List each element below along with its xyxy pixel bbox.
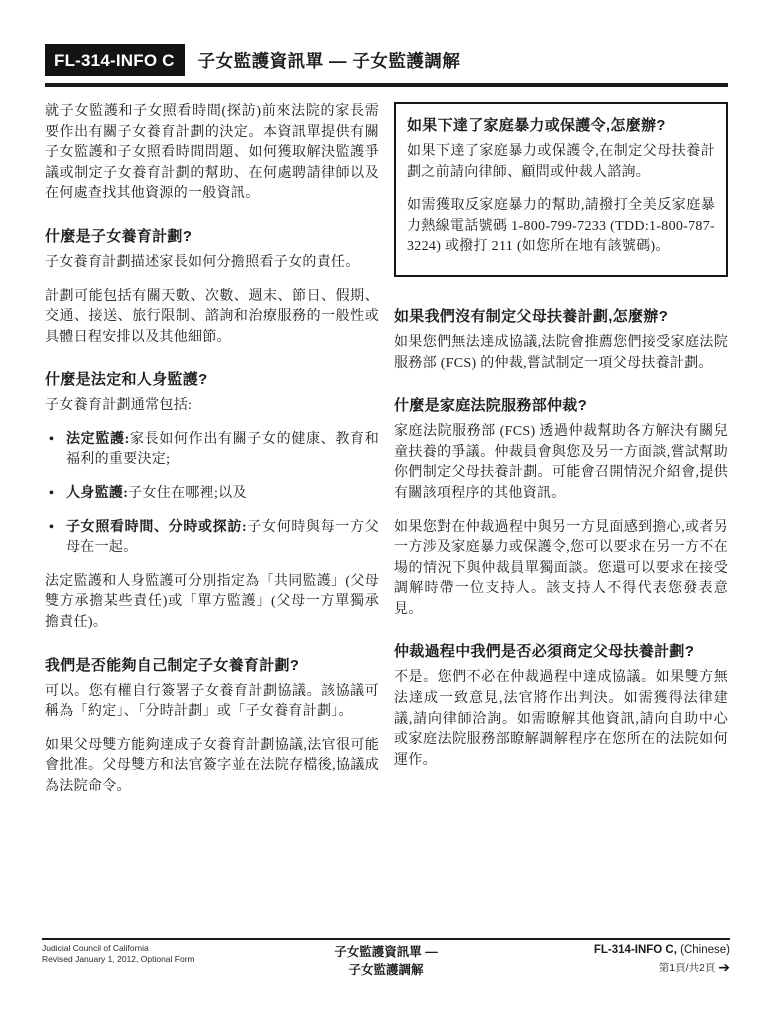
form-footer: Judicial Council of California Revised J… bbox=[42, 938, 730, 979]
bullet-label: 法定監護: bbox=[66, 432, 130, 447]
page-number: 第1頁/共2頁 ➔ bbox=[510, 958, 730, 976]
bullet-icon: • bbox=[49, 484, 54, 505]
form-header: FL-314-INFO C 子女監護資訊單 — 子女監護調解 bbox=[45, 44, 728, 76]
list-item: •子女照看時間、分時或探訪:子女何時與每一方父母在一起。 bbox=[49, 518, 379, 559]
paragraph: 如需獲取反家庭暴力的幫助,請撥打全美反家庭暴力熱線電話號碼 1-800-799-… bbox=[407, 196, 715, 258]
footer-title-line1: 子女監護資訊單 — bbox=[262, 943, 510, 961]
page-number-text: 第1頁/共2頁 bbox=[659, 962, 716, 974]
section-heading-fcs-mediation: 什麼是家庭法院服務部仲裁? bbox=[394, 395, 728, 417]
paragraph: 如果下達了家庭暴力或保護令,在制定父母扶養計劃之前請向律師、顧問或仲裁人諮詢。 bbox=[407, 142, 715, 183]
page-title: 子女監護資訊單 — 子女監護調解 bbox=[198, 48, 461, 73]
footer-agency-info: Judicial Council of California Revised J… bbox=[42, 943, 262, 979]
paragraph: 家庭法院服務部 (FCS) 透過仲裁幫助各方解決有關兒童扶養的爭議。仲裁員會與您… bbox=[394, 422, 728, 504]
paragraph: 計劃可能包括有關天數、次數、週末、節日、假期、交通、接送、旅行限制、諮詢和治療服… bbox=[45, 287, 379, 349]
paragraph: 子女養育計劃通常包括: bbox=[45, 396, 379, 417]
bullet-label: 子女照看時間、分時或探訪: bbox=[66, 520, 247, 535]
custody-types-list: •法定監護:家長如何作出有關子女的健康、教育和福利的重要決定; •人身監護:子女… bbox=[49, 430, 379, 559]
paragraph: 可以。您有權自行簽署子女養育計劃協議。該協議可稱為「約定」、「分時計劃」或「子女… bbox=[45, 682, 379, 723]
section-heading-parenting-plan: 什麼是子女養育計劃? bbox=[45, 226, 379, 248]
paragraph: 如果父母雙方能夠達成子女養育計劃協議,法官很可能會批准。父母雙方和法官簽字並在法… bbox=[45, 736, 379, 798]
form-language: (Chinese) bbox=[677, 944, 730, 956]
footer-form-number: FL-314-INFO C, (Chinese) bbox=[510, 943, 730, 958]
bullet-icon: • bbox=[49, 518, 54, 539]
form-number-badge: FL-314-INFO C bbox=[45, 44, 185, 76]
paragraph: 如果您們無法達成協議,法院會推薦您們接受家庭法院服務部 (FCS) 的仲裁,嘗試… bbox=[394, 333, 728, 374]
bullet-label: 人身監護: bbox=[66, 486, 128, 501]
document-page: FL-314-INFO C 子女監護資訊單 — 子女監護調解 就子女監護和子女照… bbox=[0, 0, 770, 1024]
bullet-text: 子女住在哪裡;以及 bbox=[128, 486, 247, 501]
paragraph: 如果您對在仲裁過程中與另一方見面感到擔心,或者另一方涉及家庭暴力或保護令,您可以… bbox=[394, 518, 728, 621]
footer-title: 子女監護資訊單 — 子女監護調解 bbox=[262, 943, 510, 979]
section-heading-no-plan: 如果我們沒有制定父母扶養計劃,怎麼辦? bbox=[394, 306, 728, 328]
two-column-body: 就子女監護和子女照看時間(探訪)前來法院的家長需要作出有關子女養育計劃的決定。本… bbox=[45, 102, 728, 810]
footer-agency: Judicial Council of California bbox=[42, 943, 262, 954]
box-heading-domestic-violence: 如果下達了家庭暴力或保護令,怎麼辦? bbox=[407, 115, 715, 137]
intro-paragraph: 就子女監護和子女照看時間(探訪)前來法院的家長需要作出有關子女養育計劃的決定。本… bbox=[45, 102, 379, 205]
footer-title-line2: 子女監護調解 bbox=[262, 961, 510, 979]
footer-revision: Revised January 1, 2012, Optional Form bbox=[42, 954, 262, 965]
footer-form-id-block: FL-314-INFO C, (Chinese) 第1頁/共2頁 ➔ bbox=[510, 943, 730, 979]
list-item: •人身監護:子女住在哪裡;以及 bbox=[49, 484, 379, 505]
list-item: •法定監護:家長如何作出有關子女的健康、教育和福利的重要決定; bbox=[49, 430, 379, 471]
left-column: 就子女監護和子女照看時間(探訪)前來法院的家長需要作出有關子女養育計劃的決定。本… bbox=[45, 102, 379, 810]
right-column: 如果下達了家庭暴力或保護令,怎麼辦? 如果下達了家庭暴力或保護令,在制定父母扶養… bbox=[394, 102, 728, 810]
next-page-arrow-icon: ➔ bbox=[718, 959, 730, 975]
bullet-icon: • bbox=[49, 430, 54, 451]
form-id-text: FL-314-INFO C, bbox=[594, 944, 677, 956]
paragraph: 法定監護和人身監護可分別指定為「共同監護」(父母雙方承擔某些責任)或「單方監護」… bbox=[45, 572, 379, 634]
section-heading-must-agree: 仲裁過程中我們是否必須商定父母扶養計劃? bbox=[394, 641, 728, 663]
domestic-violence-box: 如果下達了家庭暴力或保護令,怎麼辦? 如果下達了家庭暴力或保護令,在制定父母扶養… bbox=[394, 102, 728, 277]
section-heading-make-own-plan: 我們是否能夠自己制定子女養育計劃? bbox=[45, 655, 379, 677]
section-heading-legal-physical-custody: 什麼是法定和人身監護? bbox=[45, 369, 379, 391]
paragraph: 不是。您們不必在仲裁過程中達成協議。如果雙方無法達成一致意見,法官將作出判決。如… bbox=[394, 668, 728, 771]
paragraph: 子女養育計劃描述家長如何分擔照看子女的責任。 bbox=[45, 253, 379, 274]
header-divider bbox=[45, 83, 728, 87]
